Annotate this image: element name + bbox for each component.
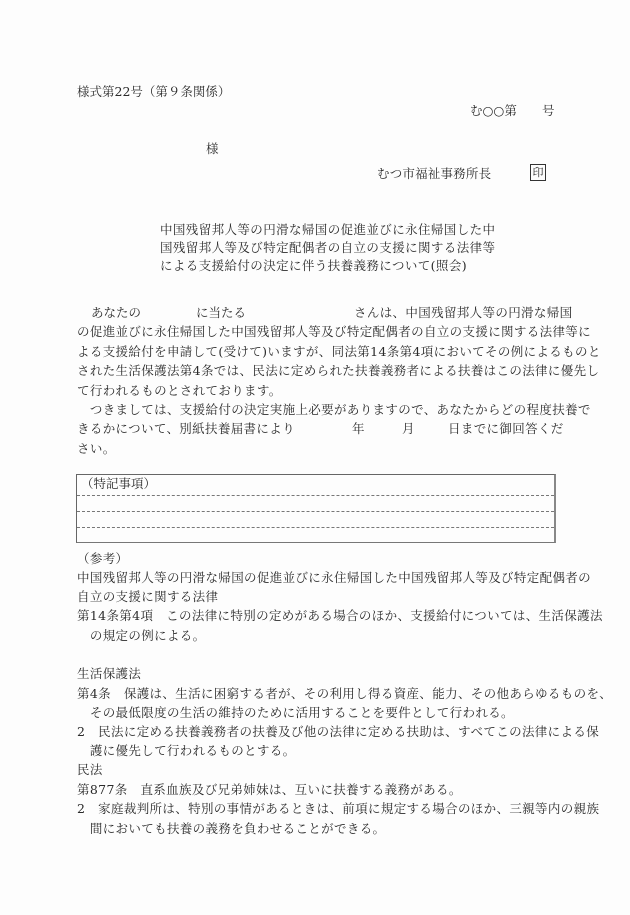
body-deadline-part2: 日までに御回答くだ bbox=[448, 421, 564, 436]
law3-line-1: 第877条 直系血族及び兄弟姉妹は、互いに扶養する義務がある。 bbox=[77, 782, 462, 797]
notes-line-2 bbox=[77, 511, 554, 512]
body-line-6: つきましては、支援給付の決定実施上必要がありますので、あなたからどの程度扶養で bbox=[77, 402, 591, 417]
special-notes-label: （特記事項） bbox=[81, 476, 156, 491]
body-line-1-part2: に当たる bbox=[196, 305, 246, 320]
notes-line-1 bbox=[77, 495, 554, 496]
form-number: 様式第22号（第９条関係） bbox=[77, 84, 230, 99]
body-line-1-part1: あなたの bbox=[91, 305, 141, 320]
law1-line-1: 中国残留邦人等の円滑な帰国の促進並びに永住帰国した中国残留邦人等及び特定配偶者の bbox=[77, 570, 591, 585]
body-line-2: の促進並びに永住帰国した中国残留邦人等及び特定配偶者の自立の支援に関する法律等に bbox=[77, 324, 591, 339]
deadline-month-label: 月 bbox=[402, 421, 415, 436]
law1-line-3: 第14条第4項 この法律に特別の定めがある場合のほか、支援給付については、生活保… bbox=[77, 608, 603, 623]
special-notes-box[interactable]: （特記事項） bbox=[76, 474, 556, 543]
title-line-2: 国残留邦人等及び特定配偶者の自立の支援に関する法律等 bbox=[160, 240, 495, 255]
law3-line-3: 間においても扶養の義務を負わせることができる。 bbox=[77, 821, 385, 836]
sender-name: むつ市福祉事務所長 bbox=[377, 166, 491, 181]
deadline-year-label: 年 bbox=[352, 421, 365, 436]
title-line-3: による支援給付の決定に伴う扶養義務について(照会) bbox=[160, 258, 467, 273]
law3-name: 民法 bbox=[77, 762, 103, 777]
law2-line-2: その最低限度の生活の維持のために活用することを要件として行われる。 bbox=[77, 705, 514, 720]
law1-line-4: の規定の例による。 bbox=[77, 628, 206, 643]
document-number-suffix: 号 bbox=[542, 103, 555, 118]
law2-line-1: 第4条 保護は、生活に困窮する者が、その利用し得る資産、能力、その他あらゆるもの… bbox=[77, 686, 612, 701]
body-last-line: さい。 bbox=[77, 441, 116, 456]
body-line-5: て行われるものとされております。 bbox=[77, 383, 282, 398]
body-line-1-part3: さんは、中国残留邦人等の円滑な帰国 bbox=[354, 305, 572, 320]
addressee-honorific: 様 bbox=[206, 141, 219, 156]
law2-line-4: 護に優先して行われるものとする。 bbox=[77, 743, 295, 758]
law2-name: 生活保護法 bbox=[77, 666, 141, 681]
seal-stamp: 印 bbox=[530, 164, 546, 181]
document-number-prefix: む○○第 bbox=[470, 103, 517, 118]
law3-line-2: 2 家庭裁判所は、特別の事情があるときは、前項に規定する場合のほか、三親等内の親… bbox=[77, 801, 599, 816]
law2-line-3: 2 民法に定める扶養義務者の扶養及び他の法律に定める扶助は、すべてこの法律による… bbox=[77, 724, 599, 739]
reference-heading: （参考） bbox=[77, 551, 128, 566]
notes-line-3 bbox=[77, 527, 554, 528]
law1-line-2: 自立の支援に関する法律 bbox=[77, 589, 218, 604]
body-deadline-part1: きるかについて、別紙扶養届書により bbox=[77, 421, 295, 436]
title-line-1: 中国残留邦人等の円滑な帰国の促進並びに永住帰国した中 bbox=[160, 222, 495, 237]
body-line-4: された生活保護法第4条では、民法に定められた扶養義務者による扶養はこの法律に優先… bbox=[77, 363, 599, 378]
body-line-3: よる支援給付を申請して(受けて)いますが、同法第14条第4項においてその例による… bbox=[77, 344, 601, 359]
